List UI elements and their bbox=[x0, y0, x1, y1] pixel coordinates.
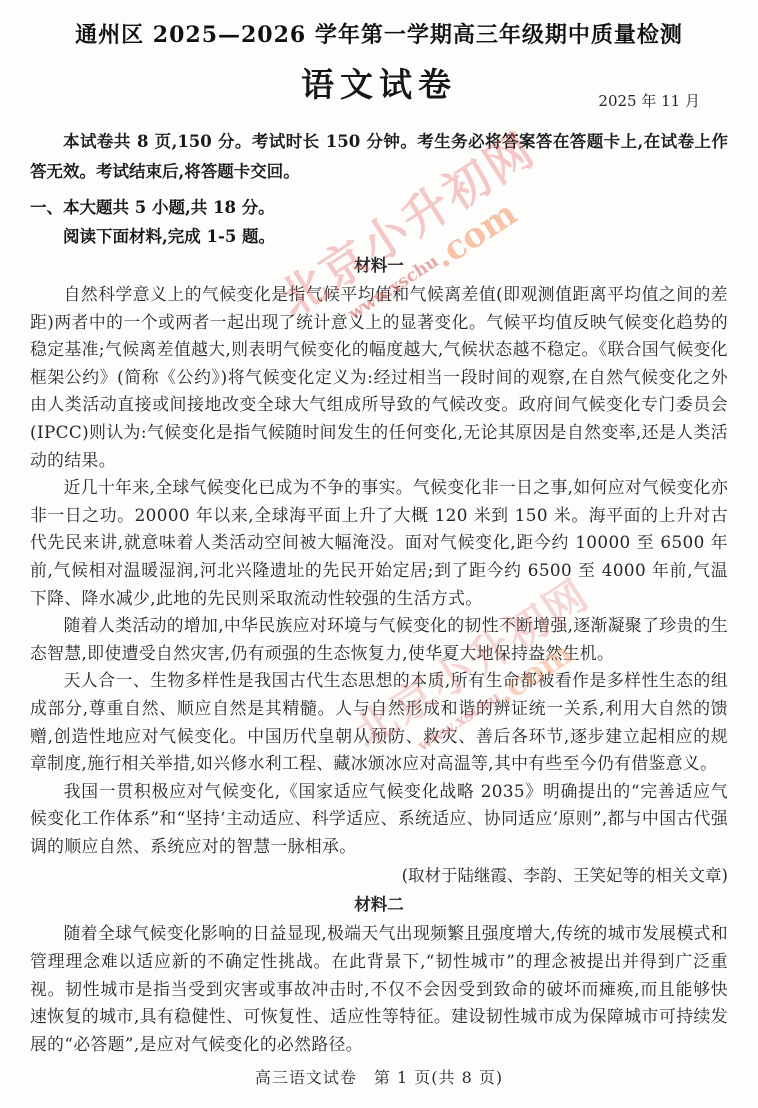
material-one-title: 材料一 bbox=[30, 253, 728, 279]
exam-notice: 本试卷共 8 页,150 分。考试时长 150 分钟。考生务必将答案答在答题卡上… bbox=[30, 127, 728, 187]
material-one-paragraph: 自然科学意义上的气候变化是指气候平均值和气候离差值(即观测值距离平均值之间的差距… bbox=[30, 281, 728, 474]
exam-header-title: 通州区 2025—2026 学年第一学期高三年级期中质量检测 bbox=[30, 18, 728, 49]
section-one-instruction: 阅读下面材料,完成 1-5 题。 bbox=[30, 222, 728, 251]
material-one-paragraph: 随着人类活动的增加,中华民族应对环境与气候变化的韧性不断增强,逐渐凝聚了珍贵的生… bbox=[30, 612, 728, 667]
exam-paper-page: 北京小升初网 www.xschu.com 北京小升初网 www.xschu.co… bbox=[0, 0, 758, 1108]
page-footer: 高三语文试卷 第 1 页(共 8 页) bbox=[0, 1065, 758, 1088]
material-two-paragraph: 随着全球气候变化影响的日益显现,极端天气出现频繁且强度增大,传统的城市发展模式和… bbox=[30, 920, 728, 1058]
material-one-paragraph: 近几十年来,全球气候变化已成为不争的事实。气候变化非一日之事,如何应对气候变化亦… bbox=[30, 474, 728, 612]
section-one-heading: 一、本大题共 5 小题,共 18 分。 bbox=[30, 193, 728, 222]
material-one-attribution: (取材于陆继霞、李韵、王笑妃等的相关文章) bbox=[30, 862, 728, 890]
material-one-paragraph: 我国一贯积极应对气候变化,《国家适应气候变化战略 2035》明确提出的“完善适应… bbox=[30, 778, 728, 861]
exam-date: 2025 年 11 月 bbox=[598, 90, 700, 111]
material-two-title: 材料二 bbox=[30, 892, 728, 918]
material-one-paragraph: 天人合一、生物多样性是我国古代生态思想的本质,所有生命都被看作是多样性生态的组成… bbox=[30, 667, 728, 777]
subject-row: 语文试卷 2025 年 11 月 bbox=[30, 59, 728, 113]
